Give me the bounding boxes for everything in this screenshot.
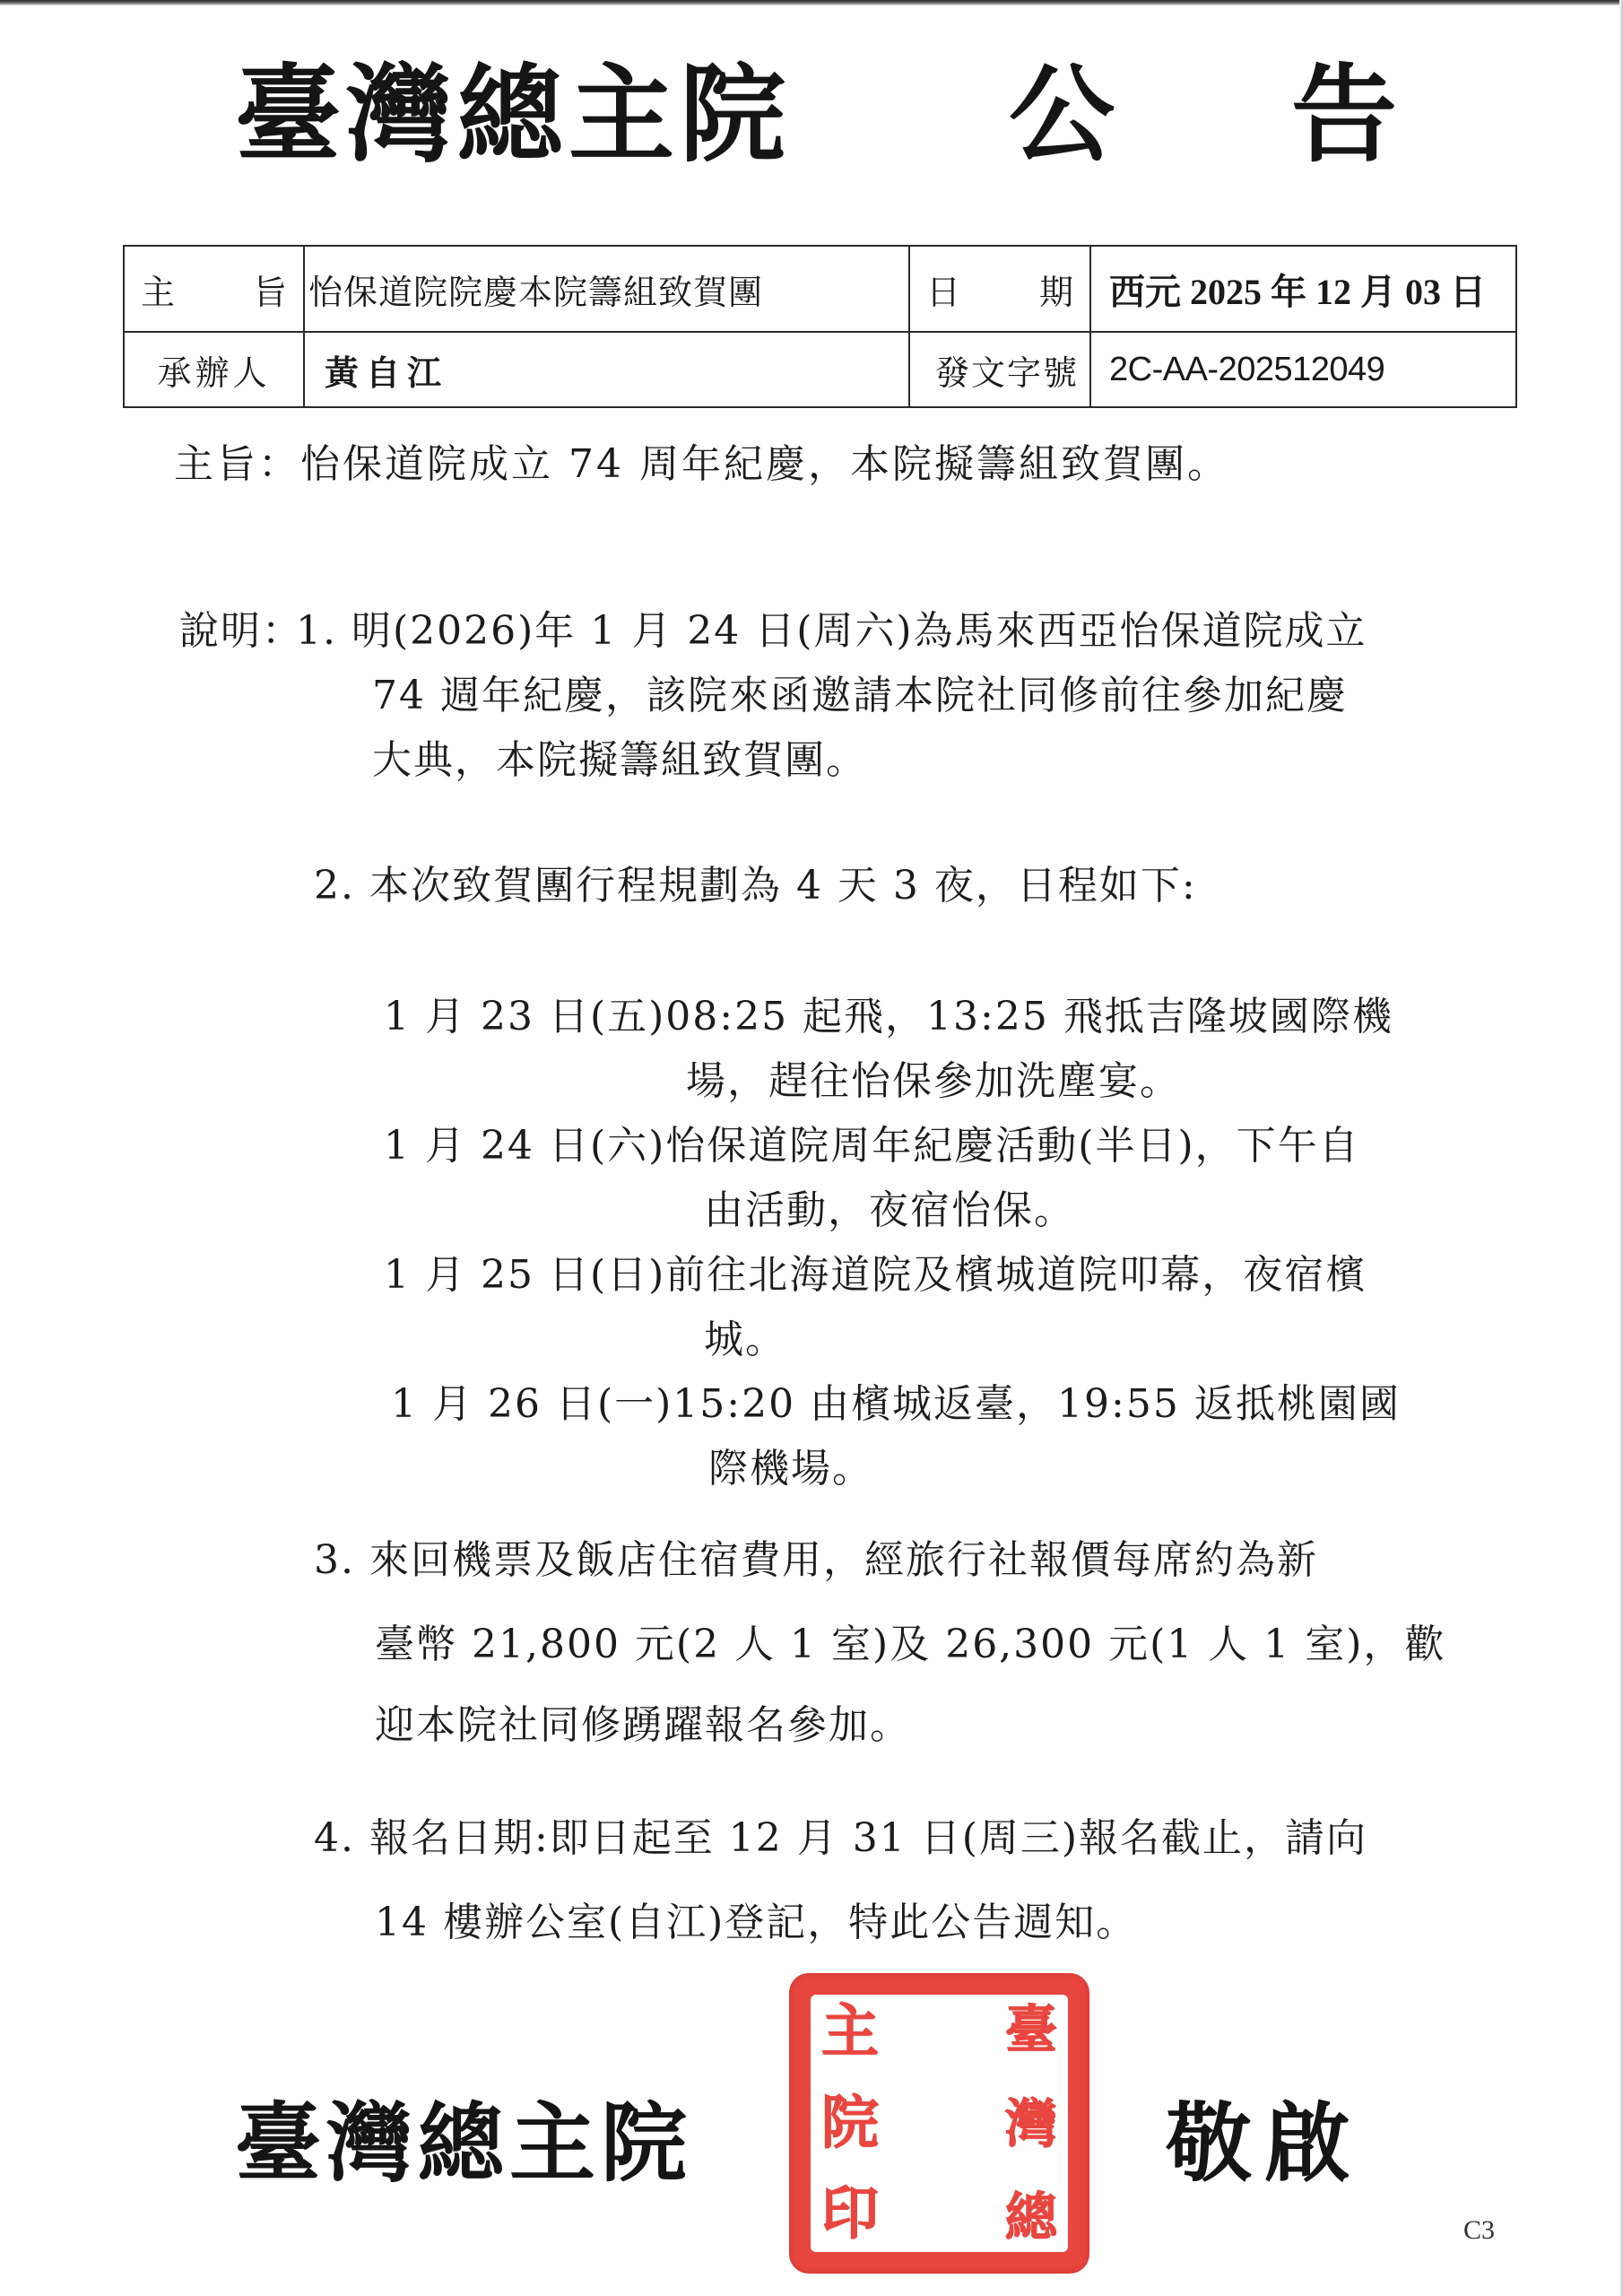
subject-label-1: 主 (141, 265, 175, 314)
meta-table: 主 旨 怡保道院院慶本院籌組致賀團 日 期 西元 2025 年 12 月 03 … (123, 245, 1517, 408)
item3-line1: 3. 來回機票及飯店住宿費用，經旅行社報價每席約為新 (314, 1535, 1318, 1586)
schedule-day1-line1: 1 月 23 日(五)08:25 起飛，13:25 飛抵吉隆坡國際機 (384, 992, 1393, 1042)
explanation-label: 說明： (179, 606, 303, 657)
title-doc-type-1: 公 (1009, 52, 1115, 178)
schedule-day4-line1: 1 月 26 日(一)15:20 由檳城返臺，19:55 返抵桃園國 (391, 1379, 1401, 1430)
signature-closing: 敬啟 (1166, 2090, 1363, 2197)
seal-char: 主 (821, 2004, 879, 2061)
meta-row-subject: 主 旨 怡保道院院慶本院籌組致賀團 日 期 西元 2025 年 12 月 03 … (124, 246, 1516, 332)
title-organization: 臺灣總主院 (235, 52, 791, 178)
date-label-cell: 日 期 (909, 246, 1090, 332)
schedule-day2-line2: 由活動，夜宿怡保。 (704, 1186, 1075, 1236)
subject-label-2: 旨 (253, 265, 287, 314)
date-label-1: 日 (926, 265, 960, 314)
document-title: 臺灣總主院 公 告 (0, 52, 1623, 178)
seal-char: 印 (821, 2186, 879, 2243)
subject-value: 怡保道院院慶本院籌組致賀團 (304, 246, 909, 332)
schedule-day2-line1: 1 月 24 日(六)怡保道院周年紀慶活動(半日)，下午自 (384, 1121, 1360, 1171)
meta-row-handler: 承辦人 黃自江 發文字號 2C-AA-202512049 (124, 332, 1516, 407)
subject-line: 主旨：怡保道院成立 74 周年紀慶，本院擬籌組致賀團。 (174, 439, 1229, 490)
handler-value: 黃自江 (304, 332, 909, 407)
schedule-day3-line2: 城。 (704, 1315, 786, 1365)
date-label-2: 期 (1039, 265, 1073, 314)
doc-number-label: 發文字號 (909, 332, 1090, 407)
seal-inner: 主 院 印 臺 灣 總 (811, 1995, 1068, 2252)
scan-edge-top (0, 0, 1623, 5)
schedule-day4-line2: 際機場。 (708, 1444, 873, 1494)
item3-line2: 臺幣 21,800 元(2 人 1 室)及 26,300 元(1 人 1 室)，… (375, 1620, 1445, 1670)
doc-number-value: 2C-AA-202512049 (1090, 332, 1516, 407)
schedule-day3-line1: 1 月 25 日(日)前往北海道院及檳城道院叩幕，夜宿檳 (384, 1250, 1367, 1300)
seal-char: 臺 (1005, 2004, 1057, 2056)
item3-line3: 迎本院社同修踴躍報名參加。 (375, 1700, 911, 1751)
subject-label-cell: 主 旨 (124, 246, 304, 332)
official-seal: 主 院 印 臺 灣 總 (789, 1973, 1089, 2274)
item1-line2: 74 週年紀慶，該院來函邀請本院社同修前往參加紀慶 (372, 671, 1348, 721)
seal-char: 灣 (1005, 2098, 1057, 2150)
item4-line1: 4. 報名日期:即日起至 12 月 31 日(周三)報名截止，請向 (314, 1813, 1367, 1864)
signature-organization: 臺灣總主院 (235, 2090, 692, 2197)
handler-label: 承辦人 (124, 332, 304, 407)
title-doc-type-2: 告 (1291, 52, 1397, 178)
date-value: 西元 2025 年 12 月 03 日 (1090, 246, 1516, 332)
seal-left-column: 主 院 印 (821, 2004, 879, 2243)
page-code: C3 (1463, 2215, 1495, 2246)
item4-line2: 14 樓辦公室(自江)登記，特此公告週知。 (375, 1898, 1137, 1948)
item2-intro: 2. 本次致賀團行程規劃為 4 天 3 夜，日程如下: (314, 861, 1197, 911)
item1-line3: 大典，本院擬籌組致賀團。 (372, 735, 867, 786)
seal-char: 總 (1005, 2191, 1057, 2243)
seal-char: 院 (821, 2095, 879, 2152)
item1-line1: 1. 明(2026)年 1 月 24 日(周六)為馬來西亞怡保道院成立 (296, 606, 1367, 657)
scan-edge-right (1619, 0, 1623, 2296)
seal-right-column: 臺 灣 總 (1005, 2004, 1057, 2243)
schedule-day1-line2: 場，趕往怡保參加洗塵宴。 (686, 1057, 1181, 1107)
